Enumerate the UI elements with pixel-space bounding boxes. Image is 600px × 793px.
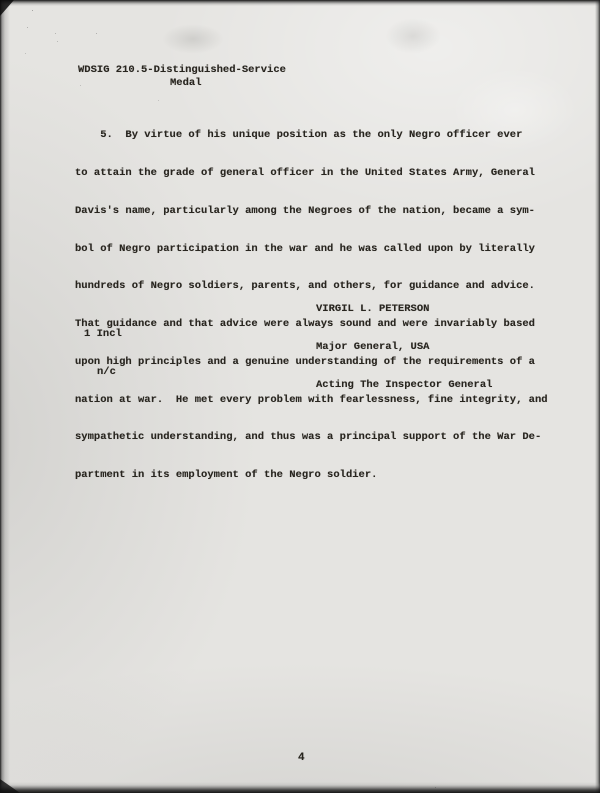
scanned-document: WDSIG 210.5-Distinguished-Service Medal … <box>0 0 600 793</box>
enclosure-note: 1 Incl n/c <box>84 303 122 404</box>
enclosure-nc: n/c <box>84 366 122 379</box>
paragraph-line: bol of Negro participation in the war an… <box>75 243 548 256</box>
signature-name: VIRGIL L. PETERSON <box>316 303 492 316</box>
scan-edge-left <box>0 0 10 793</box>
scan-specks <box>32 10 33 11</box>
document-heading-line2: Medal <box>170 77 202 90</box>
scan-smudge <box>385 18 441 54</box>
paragraph-line: partment in its employment of the Negro … <box>75 469 548 482</box>
signature-block: VIRGIL L. PETERSON Major General, USA Ac… <box>316 278 492 417</box>
enclosure-count: 1 Incl <box>84 328 122 341</box>
paragraph-line: Davis's name, particularly among the Neg… <box>75 205 548 218</box>
document-page: WDSIG 210.5-Distinguished-Service Medal … <box>0 0 600 793</box>
scan-edge-right <box>595 0 600 793</box>
scan-edge-top <box>0 0 600 6</box>
signature-title: Acting The Inspector General <box>316 379 492 392</box>
paragraph-line: 5. By virtue of his unique position as t… <box>75 129 548 142</box>
scan-smudge <box>162 24 224 54</box>
document-heading-line1: WDSIG 210.5-Distinguished-Service <box>78 64 286 77</box>
signature-rank: Major General, USA <box>316 341 492 354</box>
page-number: 4 <box>298 752 305 765</box>
paragraph-line: sympathetic understanding, and thus was … <box>75 431 548 444</box>
scan-edge-bottom <box>0 782 600 793</box>
paragraph-line: to attain the grade of general officer i… <box>75 167 548 180</box>
